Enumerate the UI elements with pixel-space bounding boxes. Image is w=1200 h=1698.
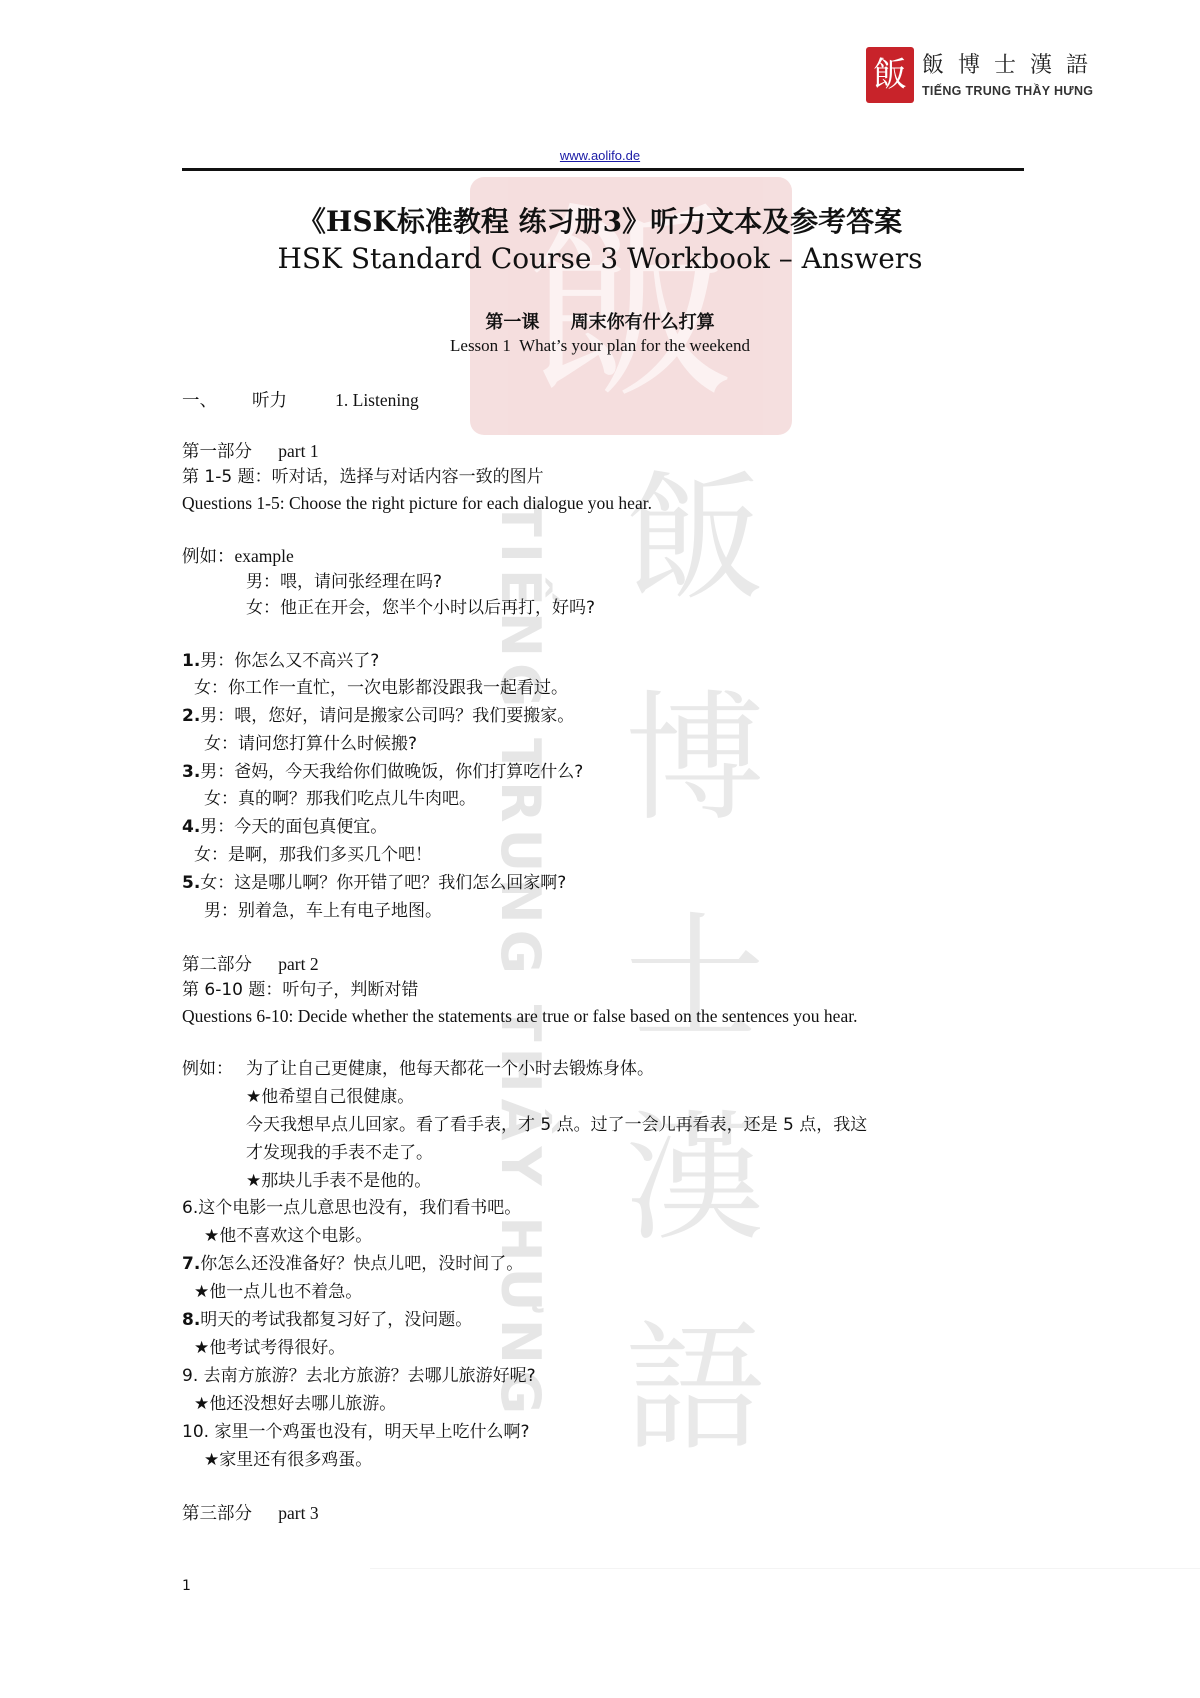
part2-item-7: 7.你怎么还没准备好？快点儿吧，没时间了。 bbox=[182, 1253, 523, 1275]
footer-divider bbox=[370, 1568, 1200, 1569]
document-title-chinese: 《HSK标准教程 练习册3》听力文本及参考答案 bbox=[0, 200, 1200, 240]
page-number: 1 bbox=[182, 1578, 191, 1594]
part2-item-10-statement: ★家里还有很多鸡蛋。 bbox=[204, 1449, 372, 1471]
part1-item-2-reply: 女：请问您打算什么时候搬? bbox=[204, 733, 417, 755]
item-number: 9. bbox=[182, 1366, 198, 1386]
item-number: 4. bbox=[182, 817, 200, 837]
item-line-a: 男：你怎么又不高兴了? bbox=[200, 651, 379, 671]
item-number: 5. bbox=[182, 873, 200, 893]
item-line-a: 男：今天的面包真便宜。 bbox=[200, 817, 387, 837]
part1-example-line: 男：喂，请问张经理在吗? bbox=[246, 571, 442, 593]
part2-item-8: 8.明天的考试我都复习好了，没问题。 bbox=[182, 1309, 472, 1331]
part2-instruction-chinese: 第 6-10 题：听句子，判断对错 bbox=[182, 979, 418, 1001]
part1-item-4-reply: 女：是啊，那我们多买几个吧！ bbox=[194, 844, 432, 866]
item-number: 10. bbox=[182, 1422, 209, 1442]
part2-instruction-english: Questions 6-10: Decide whether the state… bbox=[182, 1005, 857, 1027]
header-divider bbox=[182, 168, 1024, 171]
part1-item-4: 4.男：今天的面包真便宜。 bbox=[182, 816, 387, 838]
part1-item-1-reply: 女：你工作一直忙，一次电影都没跟我一起看过。 bbox=[194, 677, 568, 699]
lesson-title-chinese: 第一课 周末你有什么打算 bbox=[0, 308, 1200, 334]
part2-item-8-statement: ★他考试考得很好。 bbox=[194, 1337, 345, 1359]
item-number: 7. bbox=[182, 1254, 200, 1274]
logo-vietnamese-name: TIẾNG TRUNG THẦY HƯNG bbox=[922, 84, 1102, 98]
item-number: 2. bbox=[182, 706, 200, 726]
part2-example-label: 例如： bbox=[182, 1058, 233, 1080]
logo-text: 飯博士漢語 TIẾNG TRUNG THẦY HƯNG bbox=[922, 52, 1102, 98]
part2-item-9-statement: ★他还没想好去哪儿旅游。 bbox=[194, 1393, 396, 1415]
part3-heading: 第三部分 part 3 bbox=[182, 1502, 319, 1524]
logo-chinese-name: 飯博士漢語 bbox=[922, 52, 1102, 80]
part1-instruction-chinese: 第 1-5 题：听对话，选择与对话内容一致的图片 bbox=[182, 466, 544, 488]
item-number: 6. bbox=[182, 1198, 198, 1218]
part2-heading: 第二部分 part 2 bbox=[182, 953, 319, 975]
item-sentence: 这个电影一点儿意思也没有，我们看书吧。 bbox=[198, 1198, 521, 1218]
part1-instruction-english: Questions 1-5: Choose the right picture … bbox=[182, 492, 652, 514]
item-sentence: 家里一个鸡蛋也没有，明天早上吃什么啊? bbox=[209, 1422, 529, 1442]
vertical-text-watermark: TIẾNG TRUNG THẦY HƯNG bbox=[490, 500, 550, 1500]
brand-logo: 飯 飯博士漢語 TIẾNG TRUNG THẦY HƯNG bbox=[866, 47, 1102, 103]
part2-item-7-statement: ★他一点儿也不着急。 bbox=[194, 1281, 362, 1303]
part1-item-3: 3.男：爸妈，今天我给你们做晚饭，你们打算吃什么? bbox=[182, 761, 583, 783]
logo-seal-icon: 飯 bbox=[866, 47, 914, 103]
part2-example-statement: ★他希望自己很健康。 bbox=[246, 1086, 414, 1108]
part1-item-2: 2.男：喂，您好，请问是搬家公司吗？我们要搬家。 bbox=[182, 705, 574, 727]
part2-example-statement: ★那块儿手表不是他的。 bbox=[246, 1170, 431, 1192]
part2-example-line: 今天我想早点儿回家。看了看手表，才 5 点。过了一会儿再看表，还是 5 点，我这 bbox=[246, 1114, 867, 1136]
part2-example-line: 为了让自己更健康，他每天都花一个小时去锻炼身体。 bbox=[246, 1058, 654, 1080]
part1-item-5: 5.女：这是哪儿啊？你开错了吧？我们怎么回家啊? bbox=[182, 872, 566, 894]
item-number: 1. bbox=[182, 651, 200, 671]
item-line-a: 女：这是哪儿啊？你开错了吧？我们怎么回家啊? bbox=[200, 873, 566, 893]
item-sentence: 明天的考试我都复习好了，没问题。 bbox=[200, 1310, 472, 1330]
document-title-english: HSK Standard Course 3 Workbook – Answers bbox=[0, 242, 1200, 275]
part1-heading: 第一部分 part 1 bbox=[182, 440, 319, 462]
part1-example-line: 女：他正在开会，您半个小时以后再打，好吗? bbox=[246, 597, 595, 619]
watermark-char: 語 bbox=[610, 1320, 780, 1460]
item-line-a: 男：爸妈，今天我给你们做晚饭，你们打算吃什么? bbox=[200, 762, 583, 782]
watermark-char: 飯 bbox=[610, 470, 780, 610]
lesson-title-english: Lesson 1 What’s your plan for the weeken… bbox=[0, 336, 1200, 356]
section-heading-listening: 一、 听力 1. Listening bbox=[182, 389, 419, 411]
part2-example-line: 才发现我的手表不走了。 bbox=[246, 1142, 433, 1164]
item-sentence: 去南方旅游？去北方旅游？去哪儿旅游好呢? bbox=[198, 1366, 535, 1386]
item-line-a: 男：喂，您好，请问是搬家公司吗？我们要搬家。 bbox=[200, 706, 574, 726]
watermark-char: 博 bbox=[610, 690, 780, 830]
website-link[interactable]: www.aolifo.de bbox=[0, 148, 1200, 163]
watermark-char: 士 bbox=[610, 910, 780, 1050]
item-sentence: 你怎么还没准备好？快点儿吧，没时间了。 bbox=[200, 1254, 523, 1274]
part2-item-10: 10. 家里一个鸡蛋也没有，明天早上吃什么啊? bbox=[182, 1421, 529, 1443]
part2-item-6: 6.这个电影一点儿意思也没有，我们看书吧。 bbox=[182, 1197, 521, 1219]
part1-example-label: 例如：example bbox=[182, 545, 294, 567]
part1-item-5-reply: 男：别着急，车上有电子地图。 bbox=[204, 900, 442, 922]
item-number: 8. bbox=[182, 1310, 200, 1330]
part1-item-1: 1.男：你怎么又不高兴了? bbox=[182, 650, 379, 672]
document-page: 飯 TIẾNG TRUNG THẦY HƯNG 飯 博 士 漢 語 飯 飯博士漢… bbox=[0, 0, 1200, 1698]
item-number: 3. bbox=[182, 762, 200, 782]
part2-item-6-statement: ★他不喜欢这个电影。 bbox=[204, 1225, 372, 1247]
part1-item-3-reply: 女：真的啊？那我们吃点儿牛肉吧。 bbox=[204, 788, 476, 810]
part2-item-9: 9. 去南方旅游？去北方旅游？去哪儿旅游好呢? bbox=[182, 1365, 536, 1387]
